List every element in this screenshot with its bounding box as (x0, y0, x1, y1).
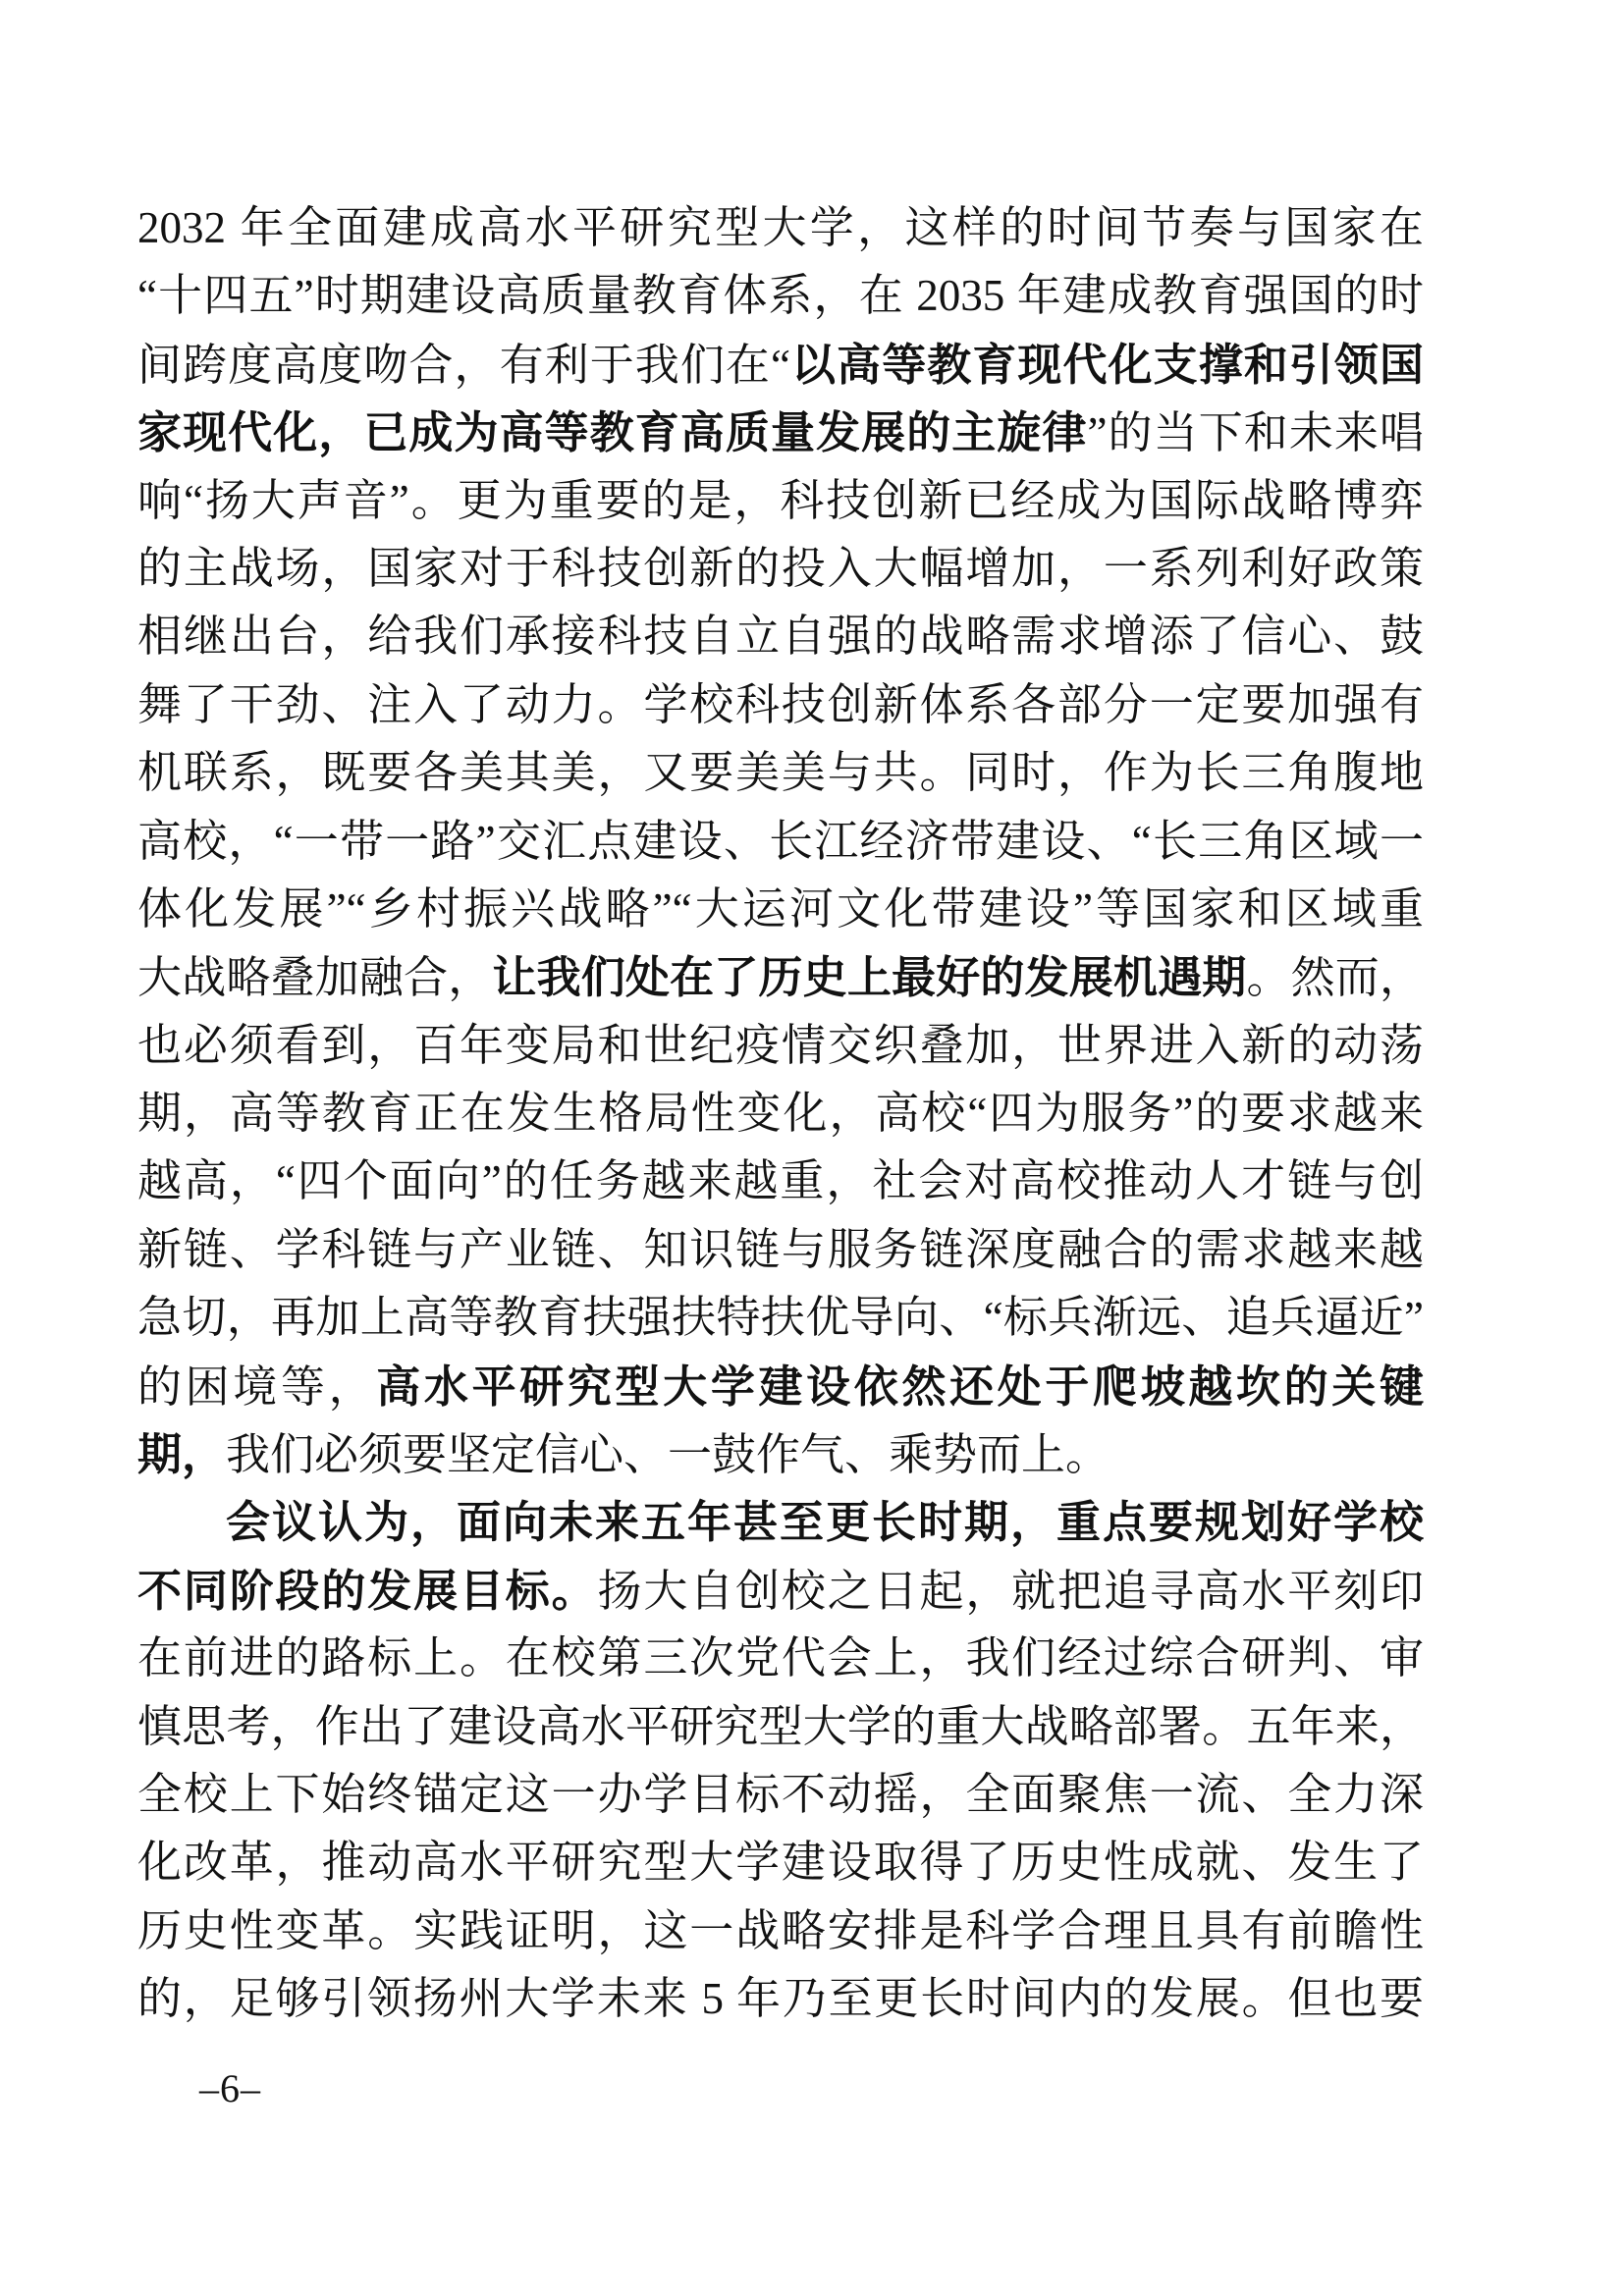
body-text-segment: 大战略叠加融合， (137, 953, 492, 1002)
body-text: 2032 年全面建成高水平研究型大学，这样的时间节奏与国家在“十四五”时期建设高… (137, 194, 1424, 2034)
emphasis-text: 让我们处在了历史上最好的发展机遇期 (492, 952, 1246, 1002)
body-text-segment: 我们必须要坚定信心、一鼓作气、乘势而上。 (226, 1430, 1110, 1479)
body-text-segment: 化改革，推动高水平研究型大学建设取得了历史性成就、发生了 (137, 1838, 1424, 1887)
text-line: 化改革，推动高水平研究型大学建设取得了历史性成就、发生了 (137, 1829, 1424, 1896)
emphasis-text: 会议认为，面向未来五年甚至更长时期，重点要规划好学校 (226, 1497, 1424, 1547)
text-line: 的主战场，国家对于科技创新的投入大幅增加，一系列利好政策 (137, 535, 1424, 603)
body-text-segment: 全校上下始终锚定这一办学目标不动摇，全面聚焦一流、全力深 (137, 1770, 1424, 1819)
text-line: 体化发展”“乡村振兴战略”“大运河文化带建设”等国家和区域重 (137, 876, 1424, 943)
body-text-segment: 响“扬大声音”。更为重要的是，科技创新已经成为国际战略博弈 (137, 476, 1424, 525)
text-line: 舞了干劲、注入了动力。学校科技创新体系各部分一定要加强有 (137, 671, 1424, 739)
text-line: 期，我们必须要坚定信心、一鼓作气、乘势而上。 (137, 1420, 1424, 1488)
emphasis-text: 期， (137, 1429, 226, 1479)
text-line: 间跨度高度吻合，有利于我们在“以高等教育现代化支撑和引领国 (137, 331, 1424, 399)
body-text-segment: 扬大自创校之日起，就把追寻高水平刻印 (598, 1567, 1424, 1616)
text-line: 响“扬大声音”。更为重要的是，科技创新已经成为国际战略博弈 (137, 467, 1424, 535)
text-line: 大战略叠加融合，让我们处在了历史上最好的发展机遇期。然而， (137, 943, 1424, 1011)
body-text-segment: ”的当下和未来唱 (1088, 408, 1424, 457)
text-line: 期，高等教育正在发生格局性变化，高校“四为服务”的要求越来 (137, 1080, 1424, 1148)
text-line: 相继出台，给我们承接科技自立自强的战略需求增添了信心、鼓 (137, 603, 1424, 670)
text-line: 新链、学科链与产业链、知识链与服务链深度融合的需求越来越 (137, 1216, 1424, 1284)
text-line: 慎思考，作出了建设高水平研究型大学的重大战略部署。五年来， (137, 1693, 1424, 1761)
document-page: 2032 年全面建成高水平研究型大学，这样的时间节奏与国家在“十四五”时期建设高… (0, 0, 1624, 2296)
emphasis-text: 家现代化，已成为高等教育高质量发展的主旋律 (137, 407, 1088, 457)
text-line: 历史性变革。实践证明，这一战略安排是科学合理且具有前瞻性 (137, 1897, 1424, 1965)
body-text-segment: 在前进的路标上。在校第三次党代会上，我们经过综合研判、审 (137, 1633, 1424, 1682)
body-text-segment: 急切，再加上高等教育扶强扶特扶优导向、“标兵渐远、追兵逼近” (137, 1293, 1424, 1342)
text-line: 全校上下始终锚定这一办学目标不动摇，全面聚焦一流、全力深 (137, 1761, 1424, 1829)
body-text-segment: 舞了干劲、注入了动力。学校科技创新体系各部分一定要加强有 (137, 680, 1424, 729)
text-line: 越高，“四个面向”的任务越来越重，社会对高校推动人才链与创 (137, 1148, 1424, 1215)
emphasis-text: 不同阶段的发展目标。 (137, 1566, 598, 1616)
body-text-segment: 越高，“四个面向”的任务越来越重，社会对高校推动人才链与创 (137, 1156, 1424, 1205)
text-line: 的困境等，高水平研究型大学建设依然还处于爬坡越坎的关键 (137, 1353, 1424, 1420)
text-line: 急切，再加上高等教育扶强扶特扶优导向、“标兵渐远、追兵逼近” (137, 1284, 1424, 1352)
body-text-segment: 相继出台，给我们承接科技自立自强的战略需求增添了信心、鼓 (137, 612, 1424, 661)
emphasis-text: 以高等教育现代化支撑和引领国 (790, 340, 1424, 390)
text-line: 高校，“一带一路”交汇点建设、长江经济带建设、“长三角区域一 (137, 808, 1424, 876)
text-line: 机联系，既要各美其美，又要美美与共。同时，作为长三角腹地 (137, 739, 1424, 807)
body-text-segment: 的主战场，国家对于科技创新的投入大幅增加，一系列利好政策 (137, 544, 1424, 593)
text-line: 在前进的路标上。在校第三次党代会上，我们经过综合研判、审 (137, 1625, 1424, 1692)
emphasis-text: 高水平研究型大学建设依然还处于爬坡越坎的关键 (376, 1362, 1424, 1412)
text-line: 2032 年全面建成高水平研究型大学，这样的时间节奏与国家在 (137, 194, 1424, 262)
body-text-segment: 的，足够引领扬州大学未来 5 年乃至更长时间内的发展。但也要 (137, 1974, 1424, 2023)
body-text-segment: 间跨度高度吻合，有利于我们在“ (137, 341, 790, 390)
body-text-segment: 历史性变革。实践证明，这一战略安排是科学合理且具有前瞻性 (137, 1906, 1424, 1955)
page-number: –6– (199, 2067, 261, 2110)
body-text-segment: 新链、学科链与产业链、知识链与服务链深度融合的需求越来越 (137, 1225, 1424, 1274)
text-line: 不同阶段的发展目标。扬大自创校之日起，就把追寻高水平刻印 (137, 1557, 1424, 1625)
text-line: 也必须看到，百年变局和世纪疫情交织叠加，世界进入新的动荡 (137, 1012, 1424, 1080)
body-text-segment: 体化发展”“乡村振兴战略”“大运河文化带建设”等国家和区域重 (137, 884, 1424, 934)
body-text-segment: 期，高等教育正在发生格局性变化，高校“四为服务”的要求越来 (137, 1089, 1424, 1138)
body-text-segment: “十四五”时期建设高质量教育体系，在 2035 年建成教育强国的时 (137, 271, 1424, 320)
body-text-segment: 的困境等， (137, 1362, 376, 1412)
text-line: 的，足够引领扬州大学未来 5 年乃至更长时间内的发展。但也要 (137, 1965, 1424, 2033)
text-line: 会议认为，面向未来五年甚至更长时期，重点要规划好学校 (137, 1488, 1424, 1556)
body-text-segment: 也必须看到，百年变局和世纪疫情交织叠加，世界进入新的动荡 (137, 1021, 1424, 1070)
body-text-segment: 。然而， (1246, 953, 1424, 1002)
body-text-segment: 2032 年全面建成高水平研究型大学，这样的时间节奏与国家在 (137, 203, 1424, 252)
text-line: 家现代化，已成为高等教育高质量发展的主旋律”的当下和未来唱 (137, 399, 1424, 466)
body-text-segment: 慎思考，作出了建设高水平研究型大学的重大战略部署。五年来， (137, 1702, 1424, 1751)
body-text-segment: 高校，“一带一路”交汇点建设、长江经济带建设、“长三角区域一 (137, 817, 1424, 866)
text-line: “十四五”时期建设高质量教育体系，在 2035 年建成教育强国的时 (137, 262, 1424, 330)
body-text-segment: 机联系，既要各美其美，又要美美与共。同时，作为长三角腹地 (137, 748, 1424, 797)
